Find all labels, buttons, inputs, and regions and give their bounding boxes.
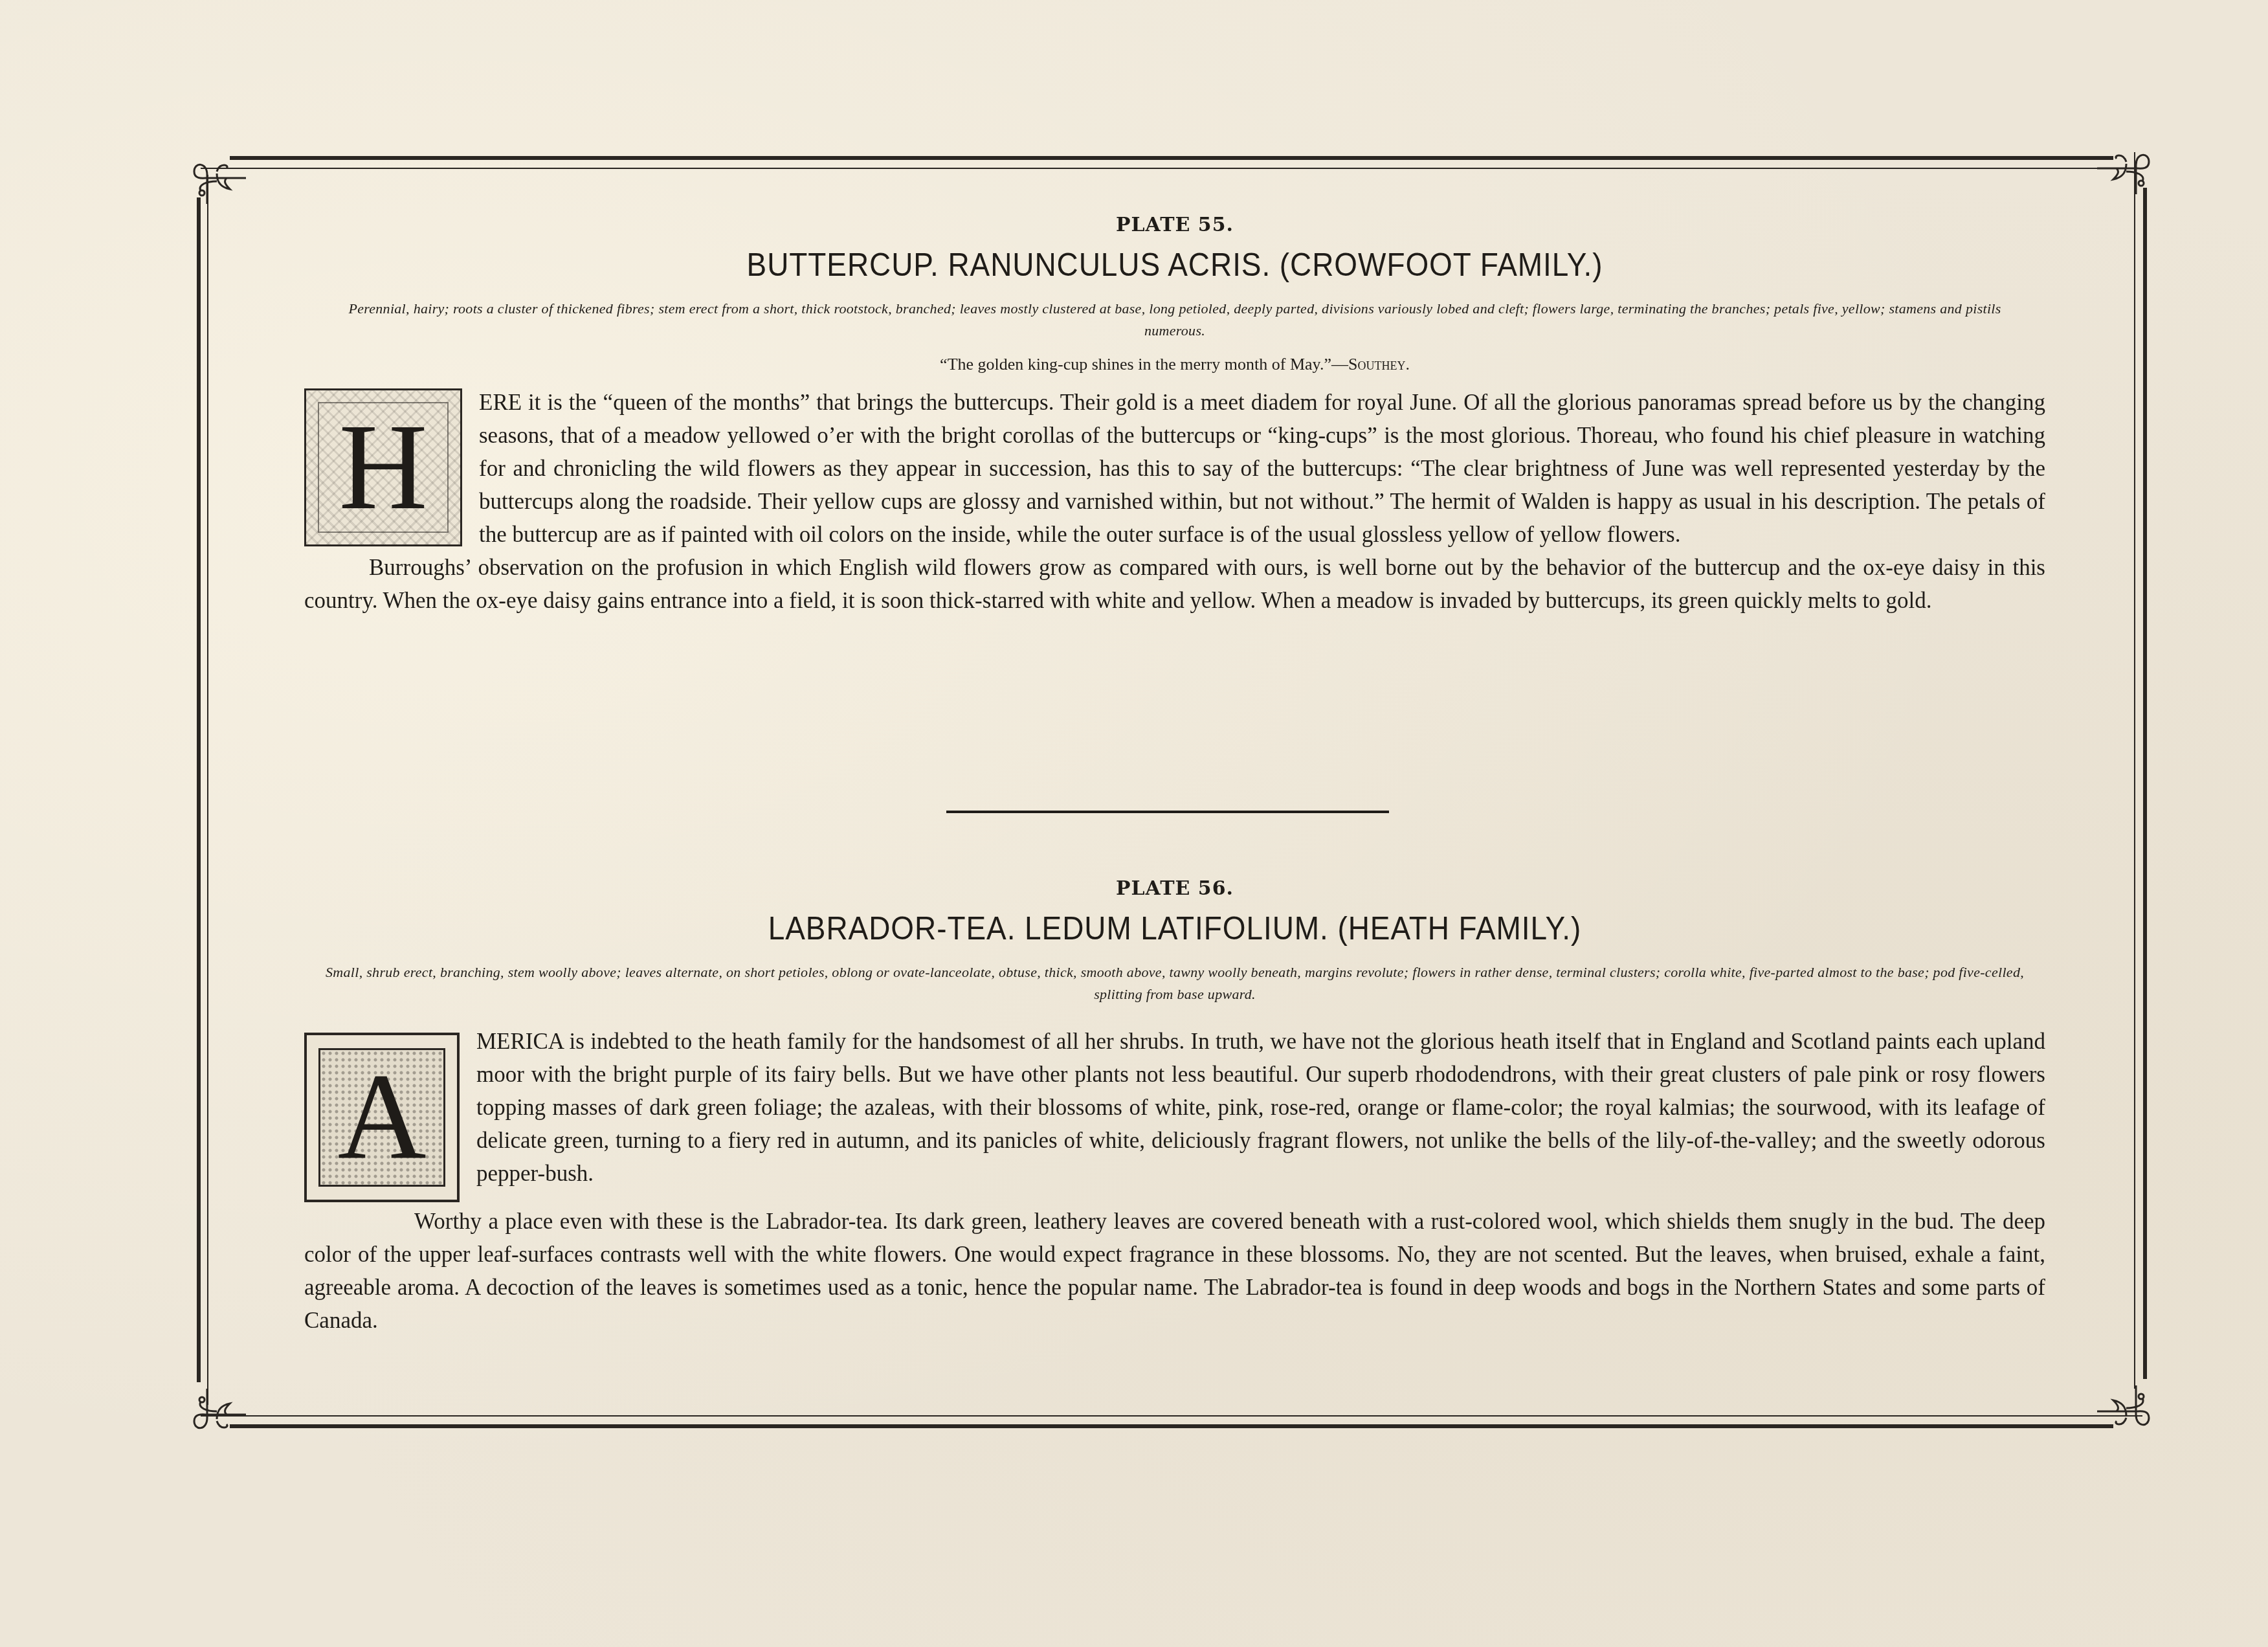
frame-border-bottom-thin: [201, 1415, 2142, 1417]
epigraph-author: Southey.: [1348, 355, 1410, 374]
frame-border-left-thick: [197, 197, 201, 1382]
dropcap-letter: H: [306, 390, 460, 544]
plate-55-section: PLATE 55. BUTTERCUP. RANUNCULUS ACRIS. (…: [304, 214, 2045, 640]
plate-55-epigraph: “The golden king-cup shines in the merry…: [304, 355, 2045, 374]
frame-border-bottom-thick: [230, 1424, 2113, 1428]
dropcap-h-ornament: H: [304, 388, 462, 546]
epigraph-text: “The golden king-cup shines in the merry…: [940, 355, 1348, 374]
plate-56-title: LABRADOR-TEA. LEDUM LATIFOLIUM. (HEATH F…: [374, 910, 1976, 947]
plate-56-paragraph-1: MERICA is indebted to the heath family f…: [304, 1025, 2045, 1190]
corner-flourish-icon: [188, 149, 246, 207]
plate-56-section: PLATE 56. LABRADOR-TEA. LEDUM LATIFOLIUM…: [304, 877, 2045, 1360]
plate-56-paragraph-2: Worthy a place even with these is the La…: [304, 1205, 2045, 1337]
corner-flourish-icon: [188, 1385, 246, 1444]
frame-border-top-thin: [201, 168, 2142, 169]
frame-border-right-thin: [2134, 152, 2135, 1389]
frame-border-right-thick: [2143, 188, 2147, 1379]
plate-55-paragraph-1: ERE it is the “queen of the months” that…: [304, 386, 2045, 551]
corner-flourish-icon: [2097, 139, 2155, 197]
plate-55-botanical-description: Perennial, hairy; roots a cluster of thi…: [324, 298, 2026, 342]
plate-56-botanical-description: Small, shrub erect, branching, stem wool…: [324, 961, 2026, 1005]
plate-55-paragraph-2: Burroughs’ observation on the profusion …: [304, 551, 2045, 617]
section-divider: [946, 811, 1389, 813]
plate-55-label: PLATE 55.: [304, 214, 2045, 241]
plate-56-label: PLATE 56.: [304, 877, 2045, 904]
plate-55-body: H ERE it is the “queen of the months” th…: [304, 386, 2045, 617]
corner-flourish-icon: [2097, 1382, 2155, 1440]
plate-56-body: A MERICA is indebted to the heath family…: [304, 1025, 2045, 1337]
frame-border-left-thin: [207, 175, 208, 1405]
plate-55-title: BUTTERCUP. RANUNCULUS ACRIS. (CROWFOOT F…: [374, 246, 1976, 284]
dropcap-letter: A: [307, 1035, 457, 1200]
dropcap-a-ornament: A: [304, 1033, 460, 1202]
frame-border-top-thick: [230, 156, 2113, 160]
